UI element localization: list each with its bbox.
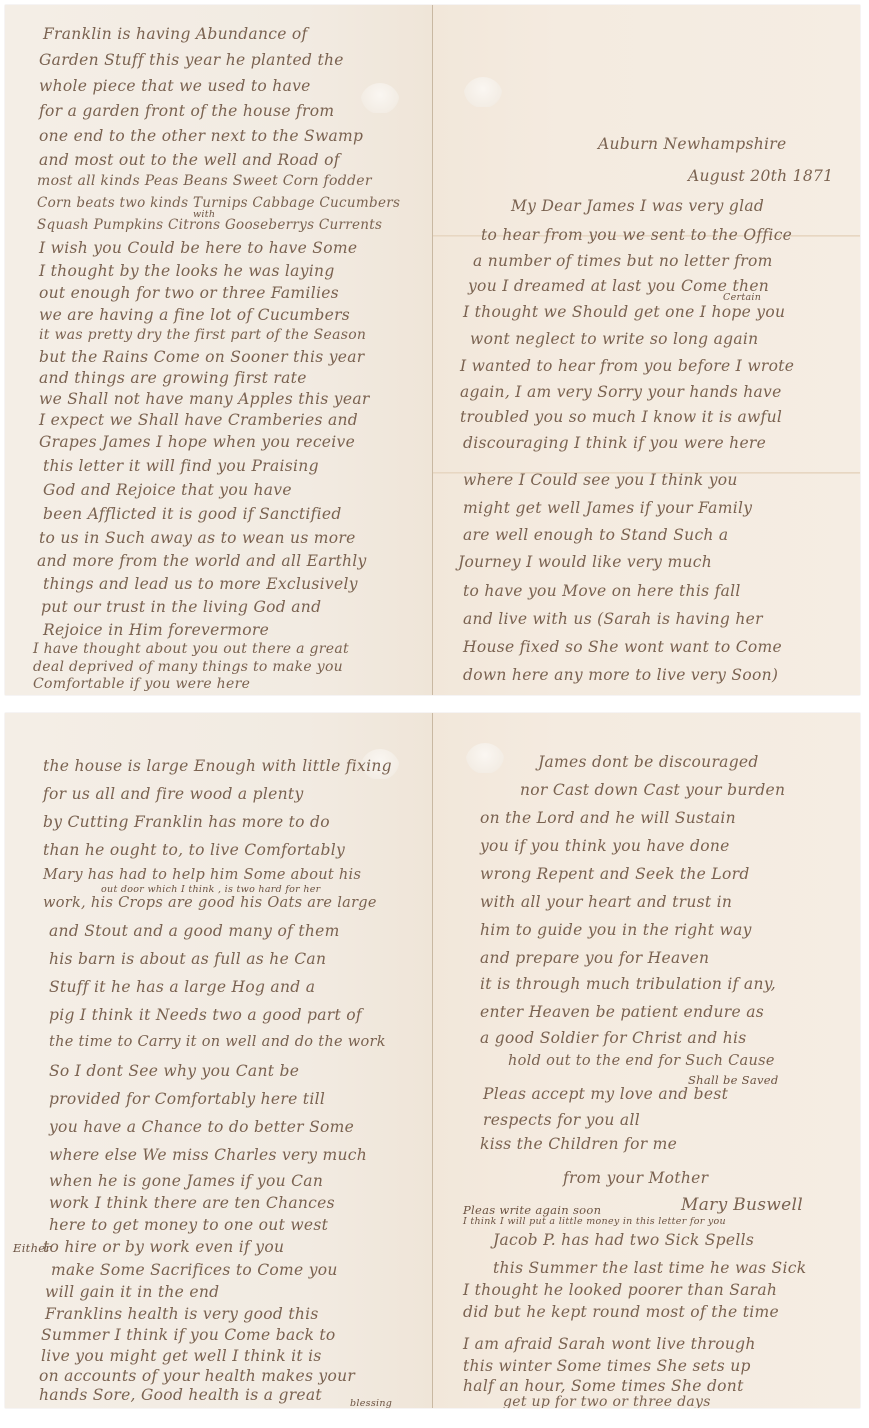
text-line: him to guide you in the right way	[480, 921, 752, 939]
text-line: enter Heaven be patient endure as	[480, 1003, 764, 1021]
embossed-seal-icon	[465, 743, 505, 773]
text-line: kiss the Children for me	[480, 1135, 677, 1153]
place-heading: Auburn Newhampshire	[598, 135, 786, 153]
text-line: will gain it in the end	[45, 1283, 219, 1301]
text-line: a number of times but no letter from	[473, 252, 773, 270]
text-line: on accounts of your health makes your	[39, 1367, 355, 1385]
text-line: nor Cast down Cast your burden	[520, 781, 785, 799]
text-line: his barn is about as full as he Can	[49, 950, 326, 968]
text-line: I thought we Should get one I hope you	[463, 303, 785, 321]
text-line: Stuff it he has a large Hog and a	[49, 978, 315, 996]
text-line: for us all and fire wood a plenty	[43, 785, 304, 803]
text-line: down here any more to live very Soon)	[463, 666, 778, 684]
text-line: here to get money to one out west	[49, 1216, 328, 1234]
text-line: it is through much tribulation if any,	[480, 975, 776, 993]
text-line: again, I am very Sorry your hands have	[460, 383, 782, 401]
postscript-line: Jacob P. has had two Sick Spells	[493, 1231, 754, 1249]
interlinear-note: blessing	[350, 1398, 392, 1408]
signature: Mary Buswell	[681, 1195, 803, 1215]
text-line: Summer I think if you Come back to	[41, 1326, 336, 1344]
letter-page-2: Auburn Newhampshire August 20th 1871 My …	[433, 5, 860, 695]
postscript-line: get up for two or three days	[503, 1394, 711, 1408]
postscript-line: I think I will put a little money in thi…	[463, 1216, 726, 1227]
date-heading: August 20th 1871	[688, 167, 833, 185]
postscript-line: this winter Some times She sets up	[463, 1357, 751, 1375]
text-line: to hire or by work even if you	[43, 1238, 284, 1256]
postscript-line: I thought he looked poorer than Sarah	[463, 1281, 777, 1299]
text-line: where else We miss Charles very much	[49, 1146, 367, 1164]
text-line: troubled you so much I know it is awful	[460, 408, 782, 426]
salutation-line: My Dear James I was very glad	[511, 197, 764, 215]
text-line: to hear from you we sent to the Office	[481, 226, 792, 244]
text-line: make Some Sacrifices to Come you	[51, 1261, 338, 1279]
text-line: live you might get well I think it is	[41, 1347, 322, 1365]
text-line: you have a Chance to do better Some	[49, 1118, 354, 1136]
text-line: I wanted to hear from you before I wrote	[460, 357, 794, 375]
text-line: wrong Repent and Seek the Lord	[480, 865, 750, 883]
text-line: discouraging I think if you were here	[463, 434, 766, 452]
text-line: the time to Carry it on well and do the …	[49, 1034, 386, 1050]
text-line: on the Lord and he will Sustain	[480, 809, 736, 827]
text-line: you if you think you have done	[480, 837, 730, 855]
letter-page-4: James dont be discouraged nor Cast down …	[433, 713, 860, 1408]
text-line: a good Soldier for Christ and his	[480, 1029, 747, 1047]
text-line: pig I think it Needs two a good part of	[49, 1006, 362, 1024]
text-line: hands Sore, Good health is a great	[39, 1386, 322, 1404]
text-line: where I Could see you I think you	[463, 471, 738, 489]
text-line: House fixed so She wont want to Come	[463, 638, 782, 656]
closing-line: from your Mother	[563, 1169, 708, 1187]
text-line: and Stout and a good many of them	[49, 922, 340, 940]
embossed-seal-icon	[463, 77, 503, 107]
postscript-line: half an hour, Some times She dont	[463, 1377, 744, 1395]
postscript-line: this Summer the last time he was Sick	[493, 1259, 806, 1277]
text-line: Franklins health is very good this	[45, 1305, 319, 1323]
text-line: James dont be discouraged	[538, 753, 759, 771]
text-line: work, his Crops are good his Oats are la…	[43, 895, 377, 911]
text-line: to have you Move on here this fall	[463, 582, 741, 600]
text-line: and live with us (Sarah is having her	[463, 610, 763, 628]
text-line: the house is large Enough with little fi…	[43, 757, 392, 775]
text-line: work I think there are ten Chances	[49, 1194, 335, 1212]
text-line: Pleas accept my love and best	[483, 1085, 728, 1103]
text-line: Mary has had to help him Some about his	[43, 867, 361, 883]
text-line: Journey I would like very much	[458, 553, 712, 571]
interlinear-note: out door which I think , is two hard for…	[101, 884, 321, 895]
postscript-line: I am afraid Sarah wont live through	[463, 1335, 756, 1353]
postscript-line: Pleas write again soon	[463, 1203, 601, 1217]
text-line: by Cutting Franklin has more to do	[43, 813, 330, 831]
text-line: are well enough to Stand Such a	[463, 526, 728, 544]
text-line: wont neglect to write so long again	[470, 330, 758, 348]
text-line: and prepare you for Heaven	[480, 949, 709, 967]
text-line: with all your heart and trust in	[480, 893, 732, 911]
letter-sheet-bottom: the house is large Enough with little fi…	[5, 713, 860, 1408]
letter-page-3: the house is large Enough with little fi…	[5, 713, 432, 1408]
text-line: when he is gone James if you Can	[49, 1172, 323, 1190]
text-line: So I dont See why you Cant be	[49, 1062, 299, 1080]
text-line: provided for Comfortably here till	[49, 1090, 325, 1108]
text-line: might get well James if your Family	[463, 499, 752, 517]
interlinear-note: Certain	[723, 292, 761, 303]
text-line: than he ought to, to live Comfortably	[43, 841, 345, 859]
letter-page-1-footer: James we are all passing very Rapidly aw…	[5, 5, 432, 695]
postscript-line: did but he kept round most of the time	[463, 1303, 779, 1321]
text-line: hold out to the end for Such Cause	[508, 1053, 775, 1069]
text-line: respects for you all	[483, 1111, 640, 1129]
